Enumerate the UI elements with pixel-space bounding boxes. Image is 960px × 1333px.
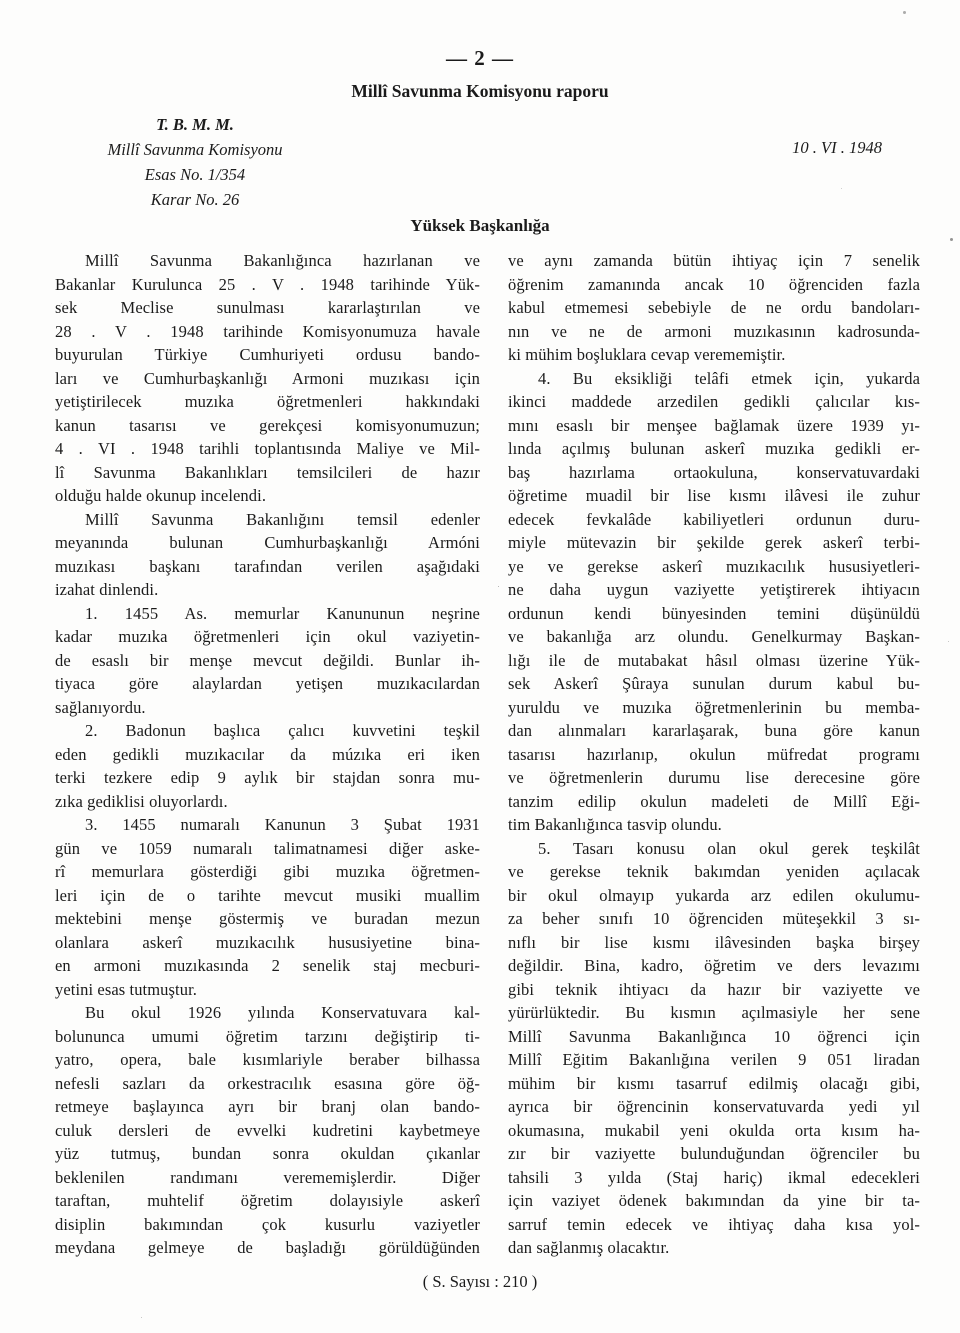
scanned-document-page: — 2 — Millî Savunma Komisyonu raporu T. … (0, 0, 960, 1333)
text-line: muzıkası başkanı tarafından verilen aşağ… (55, 555, 480, 579)
text-line: gibi teknik ihtiyacı da hazır bir vaziye… (508, 978, 920, 1002)
text-line: mektebini menşe göstermiş ve buradan mez… (55, 907, 480, 931)
text-line: culuk dersleri de evvelki kudretini kayb… (55, 1119, 480, 1143)
text-line: kanun tasarısı ve gerekçesi komisyonumuz… (55, 414, 480, 438)
text-line: yuruldu ve muzıka öğretmenlerinin bu mem… (508, 696, 920, 720)
text-line: buyurulan Türkiye Cumhuriyeti ordusu ban… (55, 343, 480, 367)
text-line: izahat dinlendi. (55, 578, 480, 602)
text-line: 5. Tasarı konusu olan okul gerek teşkilâ… (508, 837, 920, 861)
text-line: ikinci maddede arzedilen gedikli çalıcıl… (508, 390, 920, 414)
text-line: gün ve 1059 numaralı talimatnamesi diğer… (55, 837, 480, 861)
salutation-heading: Yüksek Başkanlığa (0, 216, 960, 236)
text-line: yüz tutmuş, bundan sonra okuldan çıkanla… (55, 1142, 480, 1166)
text-line: edecek fevkalâde kabiliyetleri ordunun d… (508, 508, 920, 532)
text-line: tasarısı hazırlanıp, okulun müfredat pro… (508, 743, 920, 767)
letterhead-esas-no: Esas No. 1/354 (53, 162, 337, 187)
text-line: 1. 1455 As. memurlar Kanununun neşrine (55, 602, 480, 626)
text-line: sarruf temin edecek ve ihtiyaç daha kısa… (508, 1213, 920, 1237)
text-line: en armoni muzıkasında 2 senelik staj mec… (55, 954, 480, 978)
text-line: mını esaslı bir menşee bağlamak üzere 19… (508, 414, 920, 438)
text-line: mühim bir kısmı tasarruf edilmiş olacağı… (508, 1072, 920, 1096)
text-line: okumasına, mukabil yeni okulda orta kısı… (508, 1119, 920, 1143)
text-line: tiyaca göre alaylardan yetişen muzıkacıl… (55, 672, 480, 696)
paragraph: Millî Savunma Bakanlığını temsil edenler… (55, 508, 480, 602)
paragraph: Millî Savunma Bakanlığınca hazırlanan ve… (55, 249, 480, 508)
page-number: — 2 — (0, 0, 960, 71)
text-line: lında açılmış bulunan askerî muzıka gedi… (508, 437, 920, 461)
text-line: dan sağlanmış olacaktır. (508, 1236, 920, 1260)
paragraph: Bu okul 1926 yılında Konservatuvara kal-… (55, 1001, 480, 1260)
text-line: zıka gediklisi oluyorlardı. (55, 790, 480, 814)
text-line: yürürlüktedir. Bu kısmın açılmasiyle her… (508, 1001, 920, 1025)
report-title: Millî Savunma Komisyonu raporu (0, 81, 960, 102)
text-line: öğrenim zamanında ancak 10 öğrenciden fa… (508, 273, 920, 297)
left-text-column: Millî Savunma Bakanlığınca hazırlanan ve… (55, 249, 480, 1260)
text-line: tahsili 3 yılda (Staj hariç) ikmal edece… (508, 1166, 920, 1190)
text-line: sağlanıyordu. (55, 696, 480, 720)
scan-speck-decoration (950, 238, 953, 241)
text-line: ve öğretmenlerin durumu lise derecesine … (508, 766, 920, 790)
text-line: ve gerekse teknik bakımdan yeniden açıla… (508, 860, 920, 884)
text-line: yatro, opera, bale kısımlariyle beraber … (55, 1048, 480, 1072)
text-line: bolununca umumi öğretim tarzını değiştir… (55, 1025, 480, 1049)
text-line: 3. 1455 numaralı Kanunun 3 Şubat 1931 (55, 813, 480, 837)
text-line: miyle mütevazin bir şekilde gerek askerî… (508, 531, 920, 555)
text-line: lî Savunma Bakanlıkları temsilcileri de … (55, 461, 480, 485)
text-line: 2. Badonun başlıca çalıcı kuvvetini teşk… (55, 719, 480, 743)
letterhead-block: T. B. M. M. Millî Savunma Komisyonu Esas… (53, 112, 337, 212)
text-line: meydana gelmeye de başladığı görüldüğünd… (55, 1236, 480, 1260)
text-line: 28 . V . 1948 tarihinde Komisyonumuza ha… (55, 320, 480, 344)
text-line: yetini esas tutmuştur. (55, 978, 480, 1002)
text-line: bir okul olmayıp yukarda arz edilen okul… (508, 884, 920, 908)
text-line: ordunun kendi bünyesinden temini düşünül… (508, 602, 920, 626)
text-line: eden gedikli muzıkacılar da múzıka eri i… (55, 743, 480, 767)
text-line: 4 . VI . 1948 tarihli toplantısında Mali… (55, 437, 480, 461)
text-line: ları ve Cumhurbaşkanlığı Armoni muzıkası… (55, 367, 480, 391)
text-line: Bakanlar Kurulunca 25 . V . 1948 tarihin… (55, 273, 480, 297)
paragraph: ve aynı zamanda bütün ihtiyaç için 7 sen… (508, 249, 920, 367)
paragraph: 5. Tasarı konusu olan okul gerek teşkilâ… (508, 837, 920, 1260)
text-line: değildir. Bina, kadro, öğretim ve ders l… (508, 954, 920, 978)
text-line: dan alınmaları kararlaşarak, buna göre k… (508, 719, 920, 743)
text-line: ayrıca bir öğrencinin konservatuvarda ye… (508, 1095, 920, 1119)
text-line: Millî Savunma Bakanlığınca hazırlanan ve (55, 249, 480, 273)
text-line: Millî Eğitim Bakanlığına verilen 9 051 l… (508, 1048, 920, 1072)
text-line: sek Askerî Şûraya sunulan durum kabul bu… (508, 672, 920, 696)
text-line: disiplin bakımından çok kusurlu vaziyetl… (55, 1213, 480, 1237)
text-line: yetiştirilecek muzıka öğretmenleri hakkı… (55, 390, 480, 414)
text-line: öğretime muadil bir lise kısmı ilâvesi i… (508, 484, 920, 508)
paragraph: 1. 1455 As. memurlar Kanununun neşrineka… (55, 602, 480, 720)
text-line: ki mühim boşluklara cevap verememiştir. (508, 343, 920, 367)
text-line: için vaziyet ödenek bakımından da yine b… (508, 1189, 920, 1213)
text-line: kadar muzıka öğretmenleri için okul vazi… (55, 625, 480, 649)
text-line: ve bakanlığa arz olundu. Genelkurmay Baş… (508, 625, 920, 649)
right-text-column: ve aynı zamanda bütün ihtiyaç için 7 sen… (508, 249, 920, 1260)
text-line: nıflı bir lise kısmı ilâvesinden başka b… (508, 931, 920, 955)
text-line: Millî Savunma Bakanlığınca 10 öğrenci iç… (508, 1025, 920, 1049)
text-line: olduğu halde okunup incelendi. (55, 484, 480, 508)
report-date: 10 . VI . 1948 (792, 138, 882, 158)
text-line: zır bir vaziyette bulunduğundan öğrencil… (508, 1142, 920, 1166)
text-line: kabul etmemesi sebebiyle de ne ordu band… (508, 296, 920, 320)
text-line: tanzim edilip okulun madeleti de Millî E… (508, 790, 920, 814)
document-body: Millî Savunma Bakanlığınca hazırlanan ve… (0, 236, 960, 1260)
letterhead-committee: Millî Savunma Komisyonu (53, 137, 337, 162)
text-line: ye ve gerekse askerî muzıkacılık hususiy… (508, 555, 920, 579)
text-line: olanlara askerî muzıkacılık hususiyetine… (55, 931, 480, 955)
text-line: beklenilen randımanı verememişlerdir. Di… (55, 1166, 480, 1190)
letterhead-karar-no: Karar No. 26 (53, 187, 337, 212)
text-line: baş hazırlama ortaokuluna, konservatuvar… (508, 461, 920, 485)
text-line: leri için de o tarihte mevcut musiki mua… (55, 884, 480, 908)
text-line: retmeye başlayınca ayrı bir branj olan b… (55, 1095, 480, 1119)
text-line: ve aynı zamanda bütün ihtiyaç için 7 sen… (508, 249, 920, 273)
text-line: ne daha uygun vaziyette yetiştirerek iht… (508, 578, 920, 602)
text-line: sek Meclise sunulması kararlaştırılan ve (55, 296, 480, 320)
text-line: nefesli sazları da orkestracılık esasına… (55, 1072, 480, 1096)
text-line: terki tezkere edip 9 aylık bir stajdan s… (55, 766, 480, 790)
text-line: Millî Savunma Bakanlığını temsil edenler (55, 508, 480, 532)
serial-number-footer: ( S. Sayısı : 210 ) (0, 1272, 960, 1292)
paragraph: 2. Badonun başlıca çalıcı kuvvetini teşk… (55, 719, 480, 813)
text-line: lığı ile de mutabakat hâsıl olması üzeri… (508, 649, 920, 673)
text-line: tim Bakanlığınca tasvip olundu. (508, 813, 920, 837)
letterhead-assembly: T. B. M. M. (53, 112, 337, 137)
document-header: T. B. M. M. Millî Savunma Komisyonu Esas… (0, 112, 960, 212)
text-line: rî memurlara gösterdiği gibi muzıka öğre… (55, 860, 480, 884)
paragraph: 4. Bu eksikliği telâfi etmek için, yukar… (508, 367, 920, 837)
text-line: nın ve ne de armoni muzıkasının kadrosun… (508, 320, 920, 344)
text-line: 4. Bu eksikliği telâfi etmek için, yukar… (508, 367, 920, 391)
text-line: za beher sınıfı 10 öğrenciden müteşekkil… (508, 907, 920, 931)
text-line: de esaslı bir menşe mevcut değildi. Bunl… (55, 649, 480, 673)
text-line: taraftan, muhtelif öğretim dolayısiyle a… (55, 1189, 480, 1213)
text-line: Bu okul 1926 yılında Konservatuvara kal- (55, 1001, 480, 1025)
paragraph: 3. 1455 numaralı Kanunun 3 Şubat 1931gün… (55, 813, 480, 1001)
text-line: meyanında bulunan Cumhurbaşkanlığı Armón… (55, 531, 480, 555)
